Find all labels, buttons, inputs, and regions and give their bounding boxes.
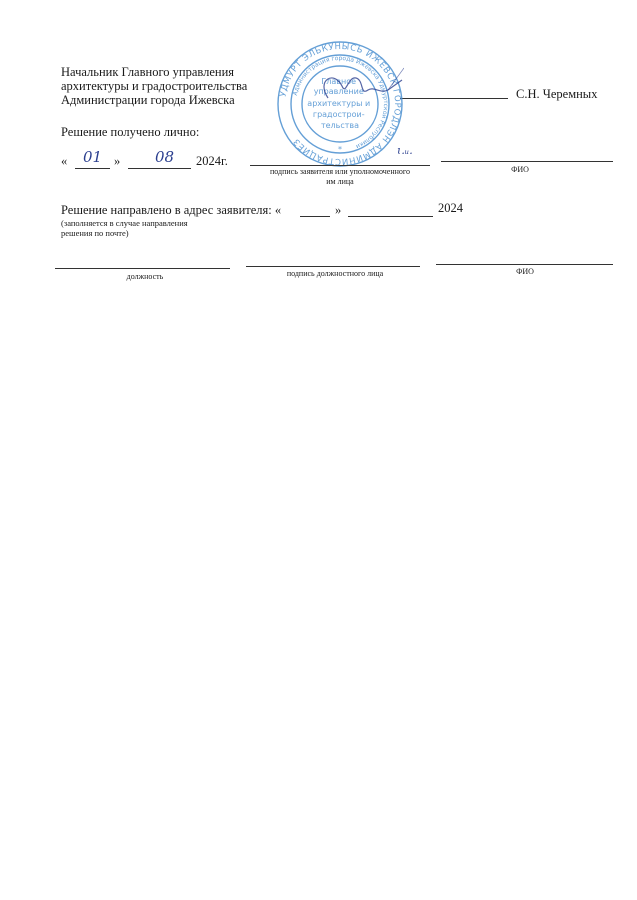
month-field-line (128, 168, 191, 169)
applicant-signature: ɩ.ᵤ. (397, 144, 413, 157)
sent-label: Решение направлено в адрес заявителя: « (61, 203, 281, 217)
svg-text:*: * (338, 145, 342, 154)
applicant-signature-line (250, 165, 430, 166)
sent-close-quote: » (335, 203, 341, 217)
svg-text:Главное управление: Главное управление архитектуры и градост… (307, 77, 372, 130)
received-month[interactable]: 08 (155, 148, 174, 166)
sent-note: (заполняется в случае направления решени… (61, 218, 188, 238)
official-signature-caption: подпись должностного лица (250, 269, 420, 279)
received-label: Решение получено лично: (61, 125, 199, 139)
note-line: (заполняется в случае направления (61, 218, 188, 228)
sent-month-line (348, 216, 433, 217)
official-signature-field (246, 266, 420, 267)
applicant-signature-caption: подпись заявителя или уполномоченного им… (240, 167, 440, 187)
official-position: Начальник Главного управления архитектур… (61, 65, 247, 107)
sent-day-line (300, 216, 330, 217)
position-line: архитектуры и градостроительства (61, 79, 247, 93)
applicant-fio-caption: ФИО (480, 165, 560, 175)
open-quote: « (61, 154, 67, 168)
position-line: Администрации города Ижевска (61, 93, 247, 107)
caption-line: подпись заявителя или уполномоченного (240, 167, 440, 177)
received-year: 2024г. (196, 154, 228, 168)
official-signature-line (400, 98, 508, 99)
official-name: С.Н. Черемных (516, 87, 597, 101)
close-quote: » (114, 154, 120, 168)
caption-line: им лица (240, 177, 440, 187)
fio-caption: ФИО (490, 267, 560, 277)
applicant-fio-line (441, 161, 613, 162)
position-line: Начальник Главного управления (61, 65, 247, 79)
received-day[interactable]: 01 (83, 148, 102, 166)
official-stamp-icon: УДМУРТ ЭЛЬКУНЫСЬ ИЖЕВСК ГОРОДЛЭН АДМИНИС… (276, 40, 404, 168)
fio-field (436, 264, 613, 265)
note-line: решения по почте) (61, 228, 188, 238)
position-caption: должность (90, 272, 200, 282)
day-field-line (75, 168, 110, 169)
sent-year: 2024 (438, 201, 463, 215)
position-line-field (55, 268, 230, 269)
